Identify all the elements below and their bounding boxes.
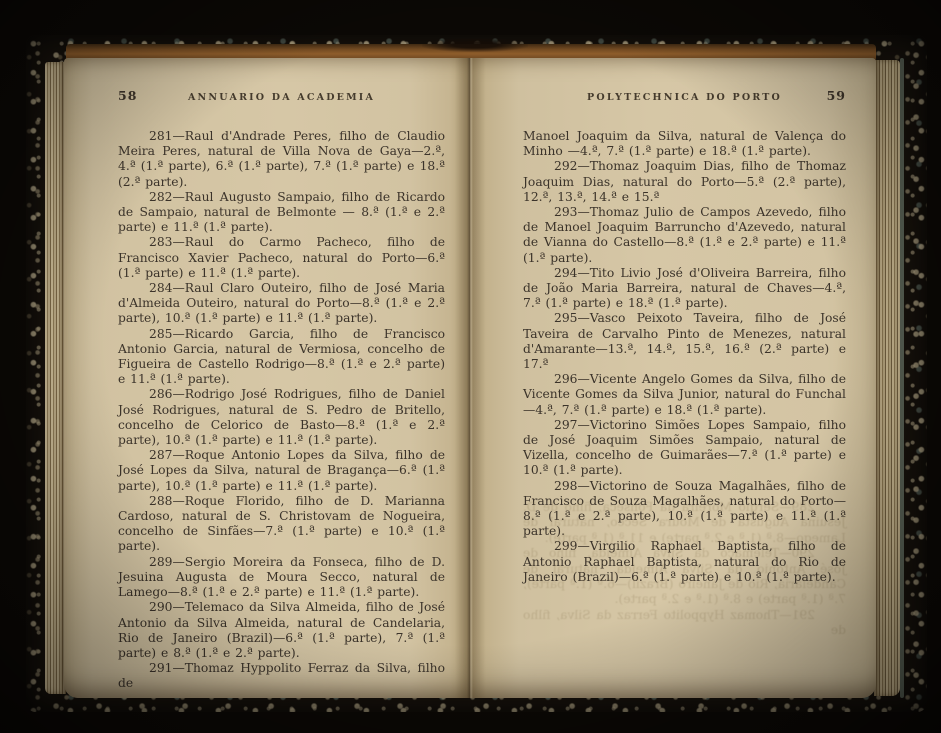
left-page-header: 58 ANNUARIO DA ACADEMIA xyxy=(118,88,445,102)
book-gutter xyxy=(455,58,485,698)
student-entry: 287—Roque Antonio Lopes da Silva, filho … xyxy=(118,448,445,494)
student-entry: 288—Roque Florido, filho de D. Marianna … xyxy=(118,494,445,555)
continuation-paragraph: Manoel Joaquim da Silva, natural de Vale… xyxy=(523,129,846,159)
running-header-right: POLYTECHNICA DO PORTO xyxy=(565,92,804,103)
bleedthrough-line: 291—Thomaz Hyppolito Ferraz da Silva, fi… xyxy=(523,608,846,639)
page-number-right: 59 xyxy=(804,88,846,103)
page-edge-stack-left xyxy=(45,62,66,694)
running-header-left: ANNUARIO DA ACADEMIA xyxy=(160,92,403,103)
bleedthrough-text: 289—Sergio Moreira da Fonseca, filho de … xyxy=(523,500,846,639)
student-entry: 291—Thomaz Hyppolito Ferraz da Silva, fi… xyxy=(118,661,445,691)
book-photo: 58 ANNUARIO DA ACADEMIA 281—Raul d'Andra… xyxy=(0,0,941,733)
student-entry: 295—Vasco Peixoto Taveira, filho de José… xyxy=(523,311,846,372)
student-entry: 290—Telemaco da Silva Almeida, filho de … xyxy=(118,600,445,661)
right-page-header: POLYTECHNICA DO PORTO 59 xyxy=(523,88,846,102)
page-edge-stack-right xyxy=(874,60,900,696)
student-entry: 283—Raul do Carmo Pacheco, filho de Fran… xyxy=(118,235,445,281)
student-entry: 296—Vicente Angelo Gomes da Silva, filho… xyxy=(523,372,846,418)
page-number-left: 58 xyxy=(118,88,160,103)
bleedthrough-line: 290—Telemaco da Silva Almeida, filho de … xyxy=(523,546,846,608)
bleedthrough-line: 289—Sergio Moreira da Fonseca, filho de … xyxy=(523,500,846,546)
student-entry: 281—Raul d'Andrade Peres, filho de Claud… xyxy=(118,129,445,190)
student-entry: 292—Thomaz Joaquim Dias, filho de Thomaz… xyxy=(523,159,846,205)
student-entry: 282—Raul Augusto Sampaio, filho de Ricar… xyxy=(118,190,445,236)
student-entry: 289—Sergio Moreira da Fonseca, filho de … xyxy=(118,555,445,601)
student-entry: 285—Ricardo Garcia, filho de Francisco A… xyxy=(118,327,445,388)
student-entry: 284—Raul Claro Outeiro, filho de José Ma… xyxy=(118,281,445,327)
student-entry: 297—Victorino Simões Lopes Sampaio, filh… xyxy=(523,418,846,479)
cover-inner-edge xyxy=(900,58,904,698)
student-entry: 293—Thomaz Julio de Campos Azevedo, filh… xyxy=(523,205,846,266)
student-entry: 286—Rodrigo José Rodrigues, filho de Dan… xyxy=(118,387,445,448)
student-entry: 294—Tito Livio José d'Oliveira Barreira,… xyxy=(523,266,846,312)
left-page-entries: 281—Raul d'Andrade Peres, filho de Claud… xyxy=(118,129,445,692)
left-page-text: 58 ANNUARIO DA ACADEMIA 281—Raul d'Andra… xyxy=(118,88,445,692)
right-page-text: POLYTECHNICA DO PORTO 59 Manoel Joaquim … xyxy=(523,88,846,585)
